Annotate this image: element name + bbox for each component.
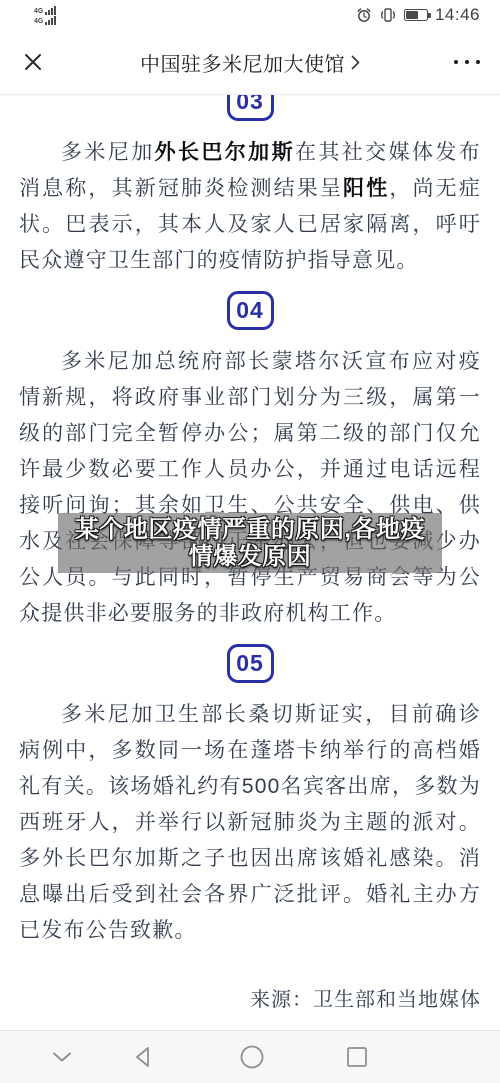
body-text: 多米尼加总统府部长蒙塔尔沃宣布应对疫情新规，将政府事业部门划分为三级，属第一级的… (19, 350, 481, 625)
emphasized-text: 外长巴尔加斯 (155, 141, 295, 164)
watermark-overlay: 某个地区疫情严重的原因,各地疫情爆发原因 (58, 513, 442, 573)
official-account-link[interactable]: 中国驻多米尼加大使馆 (140, 48, 360, 77)
recents-icon[interactable] (337, 1037, 377, 1077)
page-title: 中国驻多米尼加大使馆 (140, 48, 345, 77)
body-text: 多米尼加卫生部长桑切斯证实，目前确诊病例中，多数同一场在蓬塔卡纳举行的高档婚礼有… (19, 703, 481, 942)
status-bar: 4G 4G 14:46 (0, 0, 500, 30)
back-icon[interactable] (123, 1037, 163, 1077)
close-icon[interactable] (20, 49, 46, 75)
source-line: 来源：卫生部和当地媒体 (19, 983, 481, 1012)
more-menu-icon[interactable] (454, 52, 480, 72)
alarm-clock-icon (356, 7, 372, 23)
emphasized-text: 阳性 (343, 177, 389, 200)
dual-sim-signal-icon: 4G 4G (34, 6, 56, 25)
network-type-label-2: 4G (34, 18, 43, 25)
phone-screen: 4G 4G 14:46 中国驻多米尼加大使馆 (0, 0, 500, 1083)
section-number-badge: 03 (227, 95, 274, 121)
home-icon[interactable] (232, 1037, 272, 1077)
status-time: 14:46 (435, 5, 480, 25)
battery-icon (404, 9, 428, 21)
hide-navbar-chevron-icon[interactable] (42, 1037, 82, 1077)
body-text: 多米尼加 (61, 141, 155, 164)
section-number-badge: 05 (227, 644, 274, 683)
article-header: 中国驻多米尼加大使馆 (0, 30, 500, 95)
article-paragraph: 多米尼加总统府部长蒙塔尔沃宣布应对疫情新规，将政府事业部门划分为三级，属第一级的… (19, 344, 481, 632)
article-paragraph: 多米尼加外长巴尔加斯在其社交媒体发布消息称，其新冠肺炎检测结果呈阳性，尚无症状。… (19, 135, 481, 279)
network-type-label: 4G (34, 8, 43, 15)
vibrate-icon (379, 7, 397, 23)
chevron-right-icon (351, 55, 360, 70)
navigation-bar (0, 1030, 500, 1083)
article-paragraph: 多米尼加卫生部长桑切斯证实，目前确诊病例中，多数同一场在蓬塔卡纳举行的高档婚礼有… (19, 697, 481, 949)
section-number-badge: 04 (227, 291, 274, 330)
